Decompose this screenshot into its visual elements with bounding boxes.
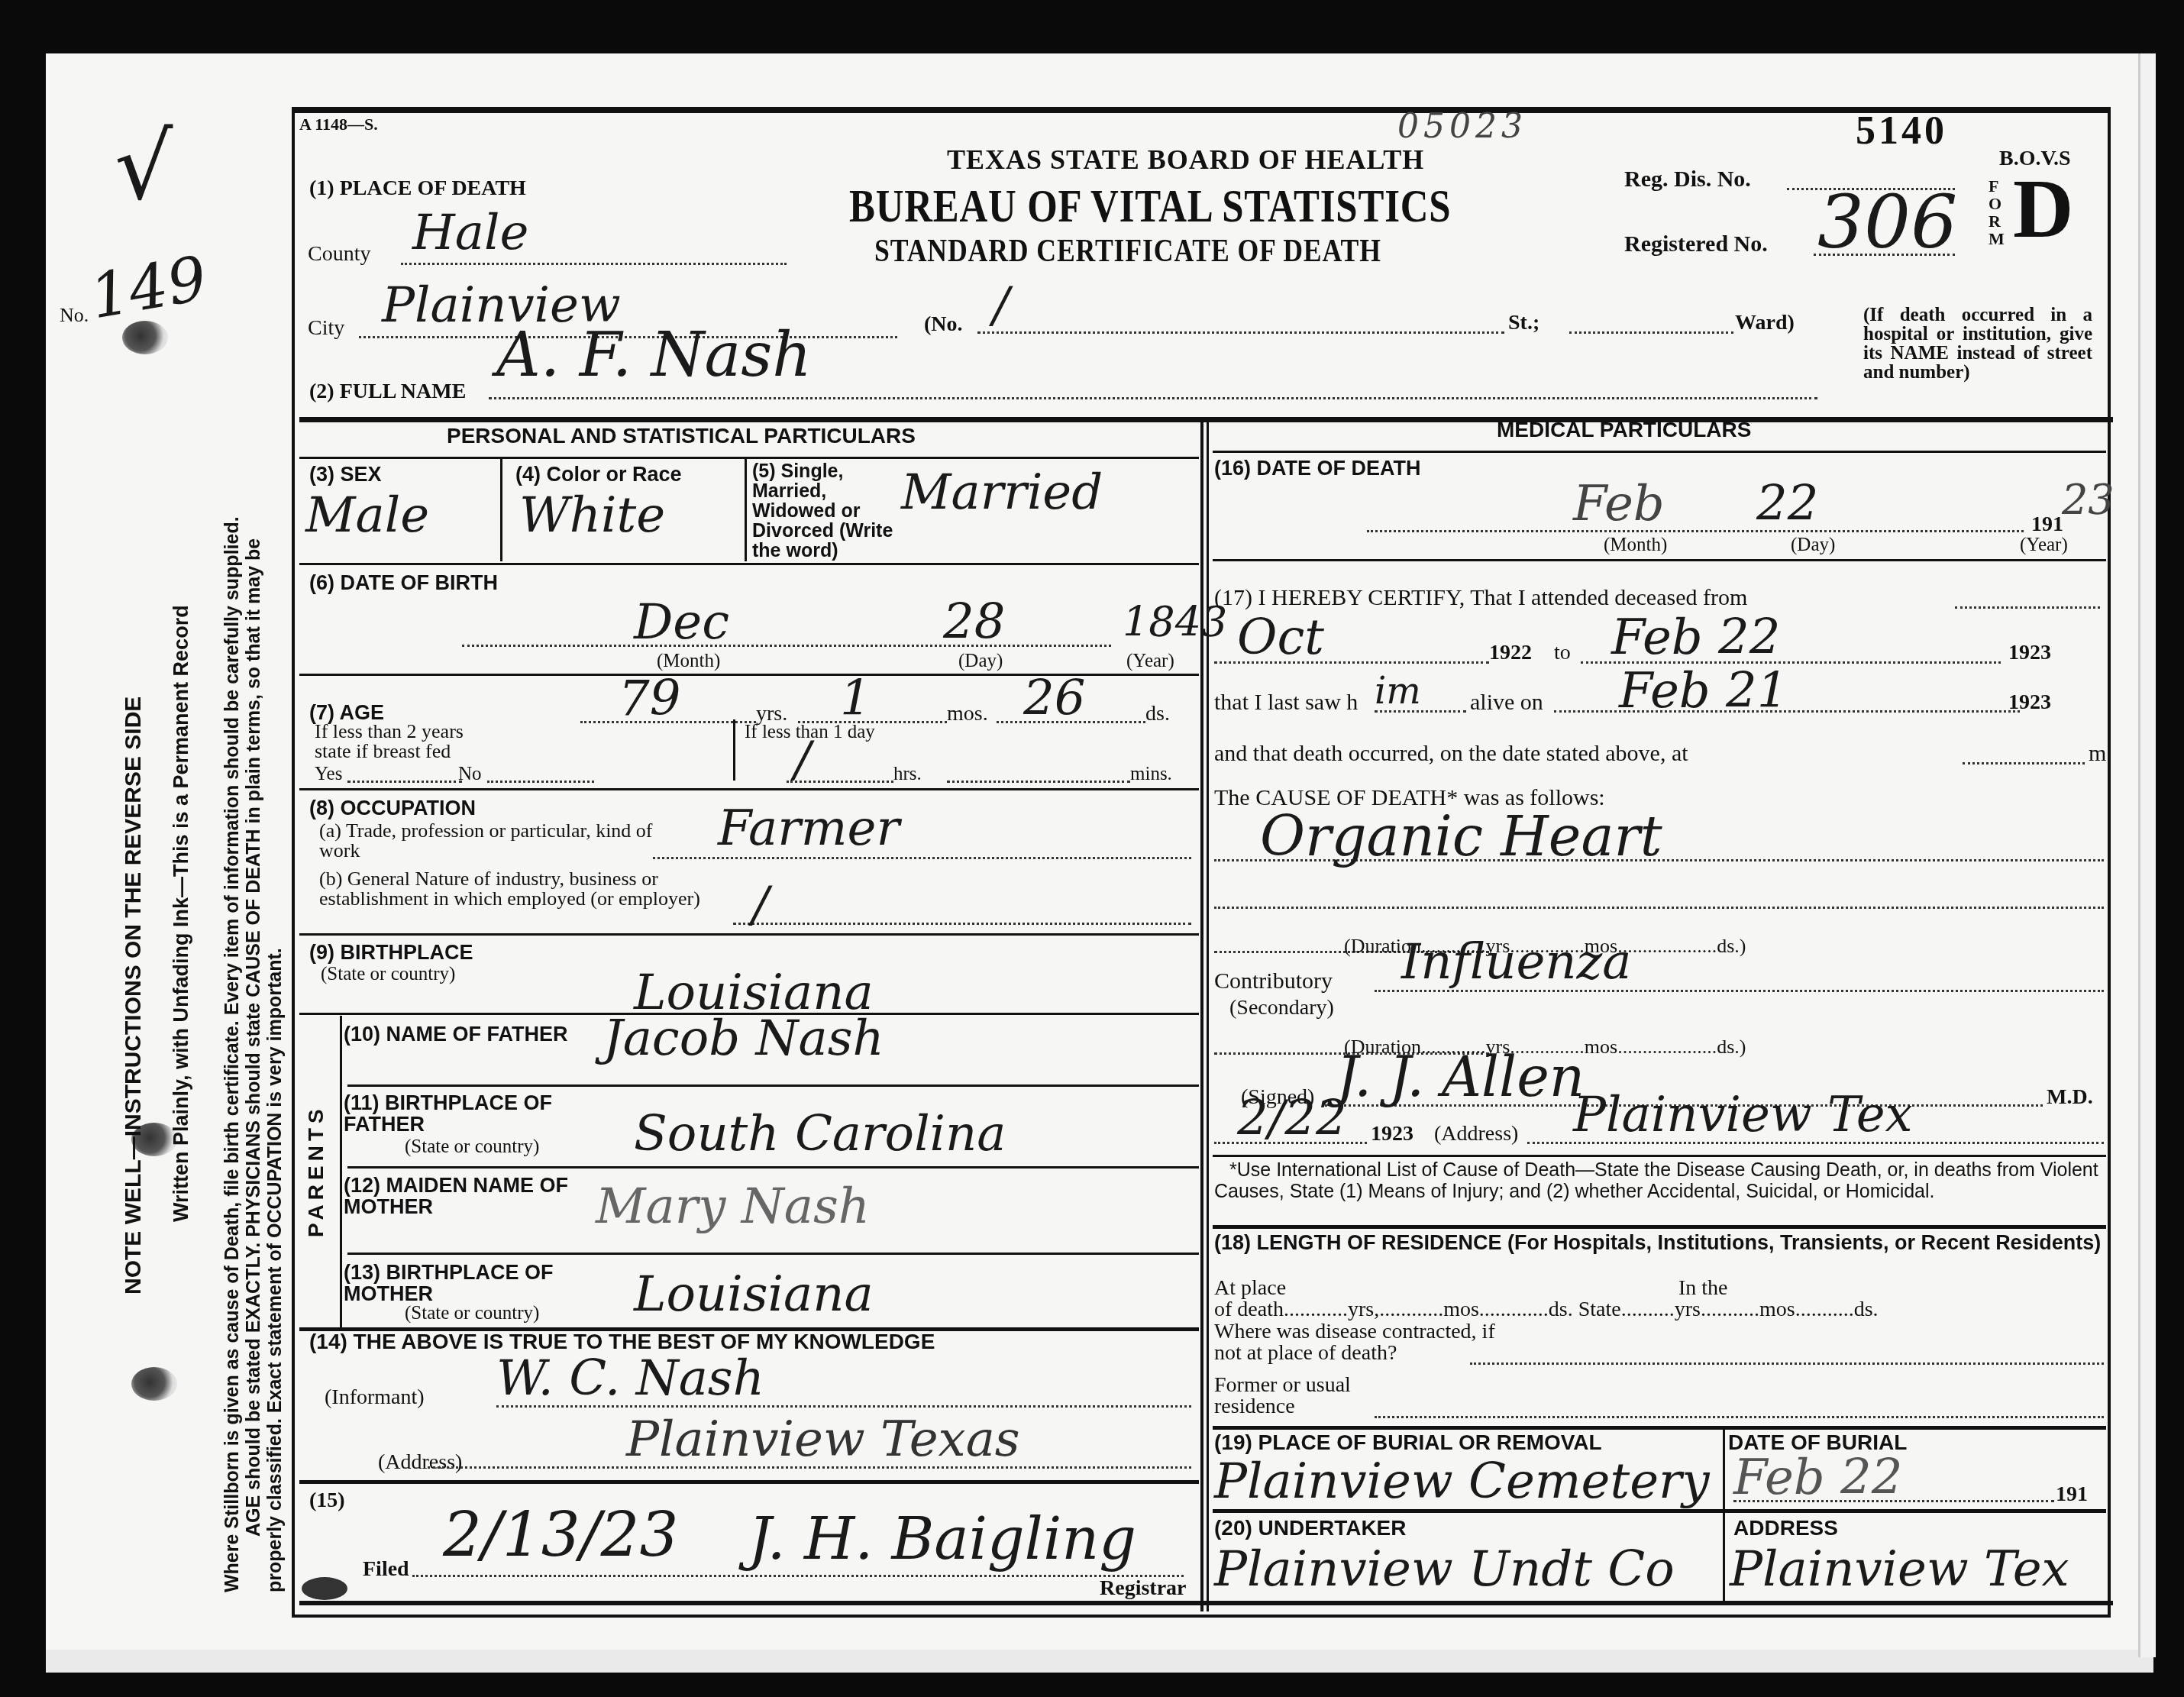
birthplace-sub: (State or country) [321,964,455,984]
dob-month-caption: (Month) [657,651,720,671]
mother-birthplace-value: Louisiana [634,1268,874,1321]
filed-number: (15) [309,1489,345,1512]
dob-day: 28 [943,596,1005,649]
alive-on-text: alive on [1470,691,1543,714]
signed-address-label: (Address) [1434,1123,1518,1146]
margin-number-label: No. [60,304,89,327]
dob-month: Dec [634,596,729,649]
occupation-label: (8) OCCUPATION [309,797,476,819]
dod-month-caption: (Month) [1604,535,1667,555]
yes-label: Yes [315,764,342,784]
md-label: M.D. [2047,1086,2093,1109]
form-letter: D [2013,166,2073,251]
dob-day-caption: (Day) [958,651,1003,671]
last-saw-pronoun: im [1375,664,1421,718]
occupation-b-value: / [752,878,769,932]
note-heading: NOTE WELL—INSTRUCTIONS ON THE REVERSE SI… [121,697,147,1295]
filed-value: 2/13/23 [443,1508,678,1562]
mother-birthplace-label: (13) BIRTHPLACE OF MOTHER [315,1262,573,1304]
last-saw-text: that I last saw h [1214,691,1358,714]
certify-text: (17) I HEREBY CERTIFY, That I attended d… [1214,587,1747,609]
dob-year-caption: (Year) [1126,651,1174,671]
burial-date-value: Feb 22 [1733,1451,1903,1505]
death-occurred-text: and that death occurred, on the date sta… [1214,742,1688,765]
age-months: 1 [840,672,871,726]
informant-value: W. C. Nash [496,1352,764,1405]
informant-address-value: Plainview Texas [626,1413,1020,1466]
street-no-value: / [993,279,1010,332]
full-name-value: A. F. Nash [496,328,812,382]
mother-birthplace-sub: (State or country) [405,1303,539,1324]
city-label: City [308,317,344,340]
union-label-icon [302,1577,347,1600]
personal-section-title: PERSONAL AND STATISTICAL PARTICULARS [447,425,916,448]
residence-row: of death............yrs,............mos.… [1214,1298,1879,1321]
paper-edge [46,1650,2153,1673]
burial-year-prefix: 191 [2056,1483,2088,1506]
occupation-a-label: (a) Trade, profession or particular, kin… [319,821,663,861]
dob-year: 1843 [1123,596,1227,649]
contributory-value: Influenza [1401,936,1631,989]
ward-label: Ward) [1735,312,1795,335]
dod-label: (16) DATE OF DEATH [1214,457,1421,480]
attended-from-year: 1922 [1489,642,1532,664]
father-name-label: (10) NAME OF FATHER [315,1023,573,1045]
secondary-label: (Secondary) [1229,997,1334,1020]
father-name-value: Jacob Nash [603,1012,884,1065]
punch-hole-icon [122,321,168,354]
at-place-label: At place [1214,1277,1286,1300]
burial-label: (19) PLACE OF BURIAL OR REMOVAL [1214,1431,1602,1454]
less-day-value: / [794,733,811,787]
signed-value: J. J. Allen [1336,1050,1585,1104]
age-days: 26 [1023,672,1085,726]
hospital-note: (If death occurred in a hospital or inst… [1863,305,2092,382]
form-code: A 1148—S. [299,115,378,134]
ds-label: ds. [1145,703,1170,726]
sex-label: (3) SEX [309,463,382,486]
no-label: No [458,764,482,784]
dod-year-caption: (Year) [2020,535,2068,555]
note-line-5: properly classified. Exact statement of … [264,948,286,1592]
occupation-b-label: (b) General Nature of industry, business… [319,869,739,909]
signed-date: 2/22 [1237,1092,1347,1146]
dod-year-prefix: 191 [2031,513,2063,536]
street-label: St.; [1508,312,1539,335]
undertaker-value: Plainview Undt Co [1214,1543,1675,1596]
marital-label: (5) Single, Married, Widowed or Divorced… [752,461,913,561]
residence-label: (18) LENGTH OF RESIDENCE (For Hospitals,… [1214,1231,2104,1254]
form-vertical-label: FORM [1989,177,2004,247]
last-saw-date: Feb 21 [1619,664,1788,718]
note-line-4: AGE should be stated EXACTLY. PHYSICIANS… [243,538,265,1537]
cause-value: Organic Heart [1260,810,1662,863]
sex-value: Male [305,489,429,542]
check-mark: √ [115,115,173,221]
father-birthplace-value: South Carolina [634,1107,1006,1161]
signed-year: 1923 [1371,1123,1413,1146]
undertaker-address-value: Plainview Tex [1730,1543,2069,1596]
father-birthplace-sub: (State or country) [405,1136,539,1157]
county-label: County [308,243,370,266]
undertaker-address-label: ADDRESS [1733,1517,1838,1540]
street-no-label: (No. [924,313,963,336]
full-name-label: (2) FULL NAME [309,380,466,403]
registered-label: Registered No. [1624,231,1768,257]
mos-label: mos. [947,703,988,726]
county-value: Hale [412,206,528,260]
dod-year: 23 [2062,474,2115,527]
mother-name-label: (12) MAIDEN NAME OF MOTHER [315,1175,573,1217]
dod-day-caption: (Day) [1791,535,1835,555]
mother-name-value: Mary Nash [596,1180,870,1233]
to-label: to [1554,642,1571,664]
dod-month: Feb [1573,477,1665,531]
mins-label: mins. [1130,764,1172,784]
marital-value: Married [901,466,1103,519]
dod-day: 22 [1756,477,1818,531]
dob-label: (6) DATE OF BIRTH [309,571,498,594]
file-number: 5140 [1856,108,1947,154]
birthplace-label: (9) BIRTHPLACE [309,941,473,964]
reg-dis-label: Reg. Dis. No. [1624,166,1751,192]
registrar-label: Registrar [1100,1577,1187,1600]
undertaker-label: (20) UNDERTAKER [1214,1517,1407,1540]
attended-from: Oct [1237,611,1324,664]
age-years: 79 [619,672,680,726]
race-value: White [519,489,665,542]
in-the-label: In the [1678,1277,1728,1300]
certificate-title: STANDARD CERTIFICATE OF DEATH [874,233,1381,270]
registrar-signature: J. H. Baigling [748,1512,1136,1566]
contributory-label: Contributory [1214,970,1333,993]
contracted-label: Where was disease contracted, if not at … [1214,1321,1520,1364]
last-saw-year: 1923 [2008,691,2051,714]
cause-footnote: *Use International List of Cause of Deat… [1214,1159,2104,1202]
stamp-number: 05023 [1397,107,1527,146]
hrs-label: hrs. [893,764,922,784]
attended-to: Feb 22 [1611,611,1781,664]
punch-hole-icon [131,1367,177,1401]
burial-value: Plainview Cemetery [1214,1455,1710,1508]
address-label: (Address) [378,1451,462,1474]
registered-value: 306 [1817,179,1957,265]
filed-label: Filed [363,1558,409,1581]
father-birthplace-label: (11) BIRTHPLACE OF FATHER [315,1092,573,1135]
place-of-death-label: (1) PLACE OF DEATH [309,177,526,200]
informant-label: (Informant) [325,1386,425,1409]
medical-section-title: MEDICAL PARTICULARS [1497,419,1751,441]
occupation-a-value: Farmer [718,802,900,855]
attended-to-year: 1923 [2008,642,2051,664]
board-title: TEXAS STATE BOARD OF HEALTH [947,144,1424,176]
former-residence-label: Former or usual residence [1214,1375,1367,1417]
m-label: m. [2089,742,2112,765]
note-line-2: Written Plainly, with Unfading Ink—This … [170,605,193,1222]
note-line-3: Where Stillborn is given as cause of Dea… [221,516,244,1592]
bureau-title: BUREAU OF VITAL STATISTICS [849,179,1451,234]
signed-address-value: Plainview Tex [1573,1088,1913,1142]
paper-right-edge [2138,53,2156,1657]
race-label: (4) Color or Race [515,463,682,486]
breast-fed-note: If less than 2 years state if breast fed [315,722,475,761]
